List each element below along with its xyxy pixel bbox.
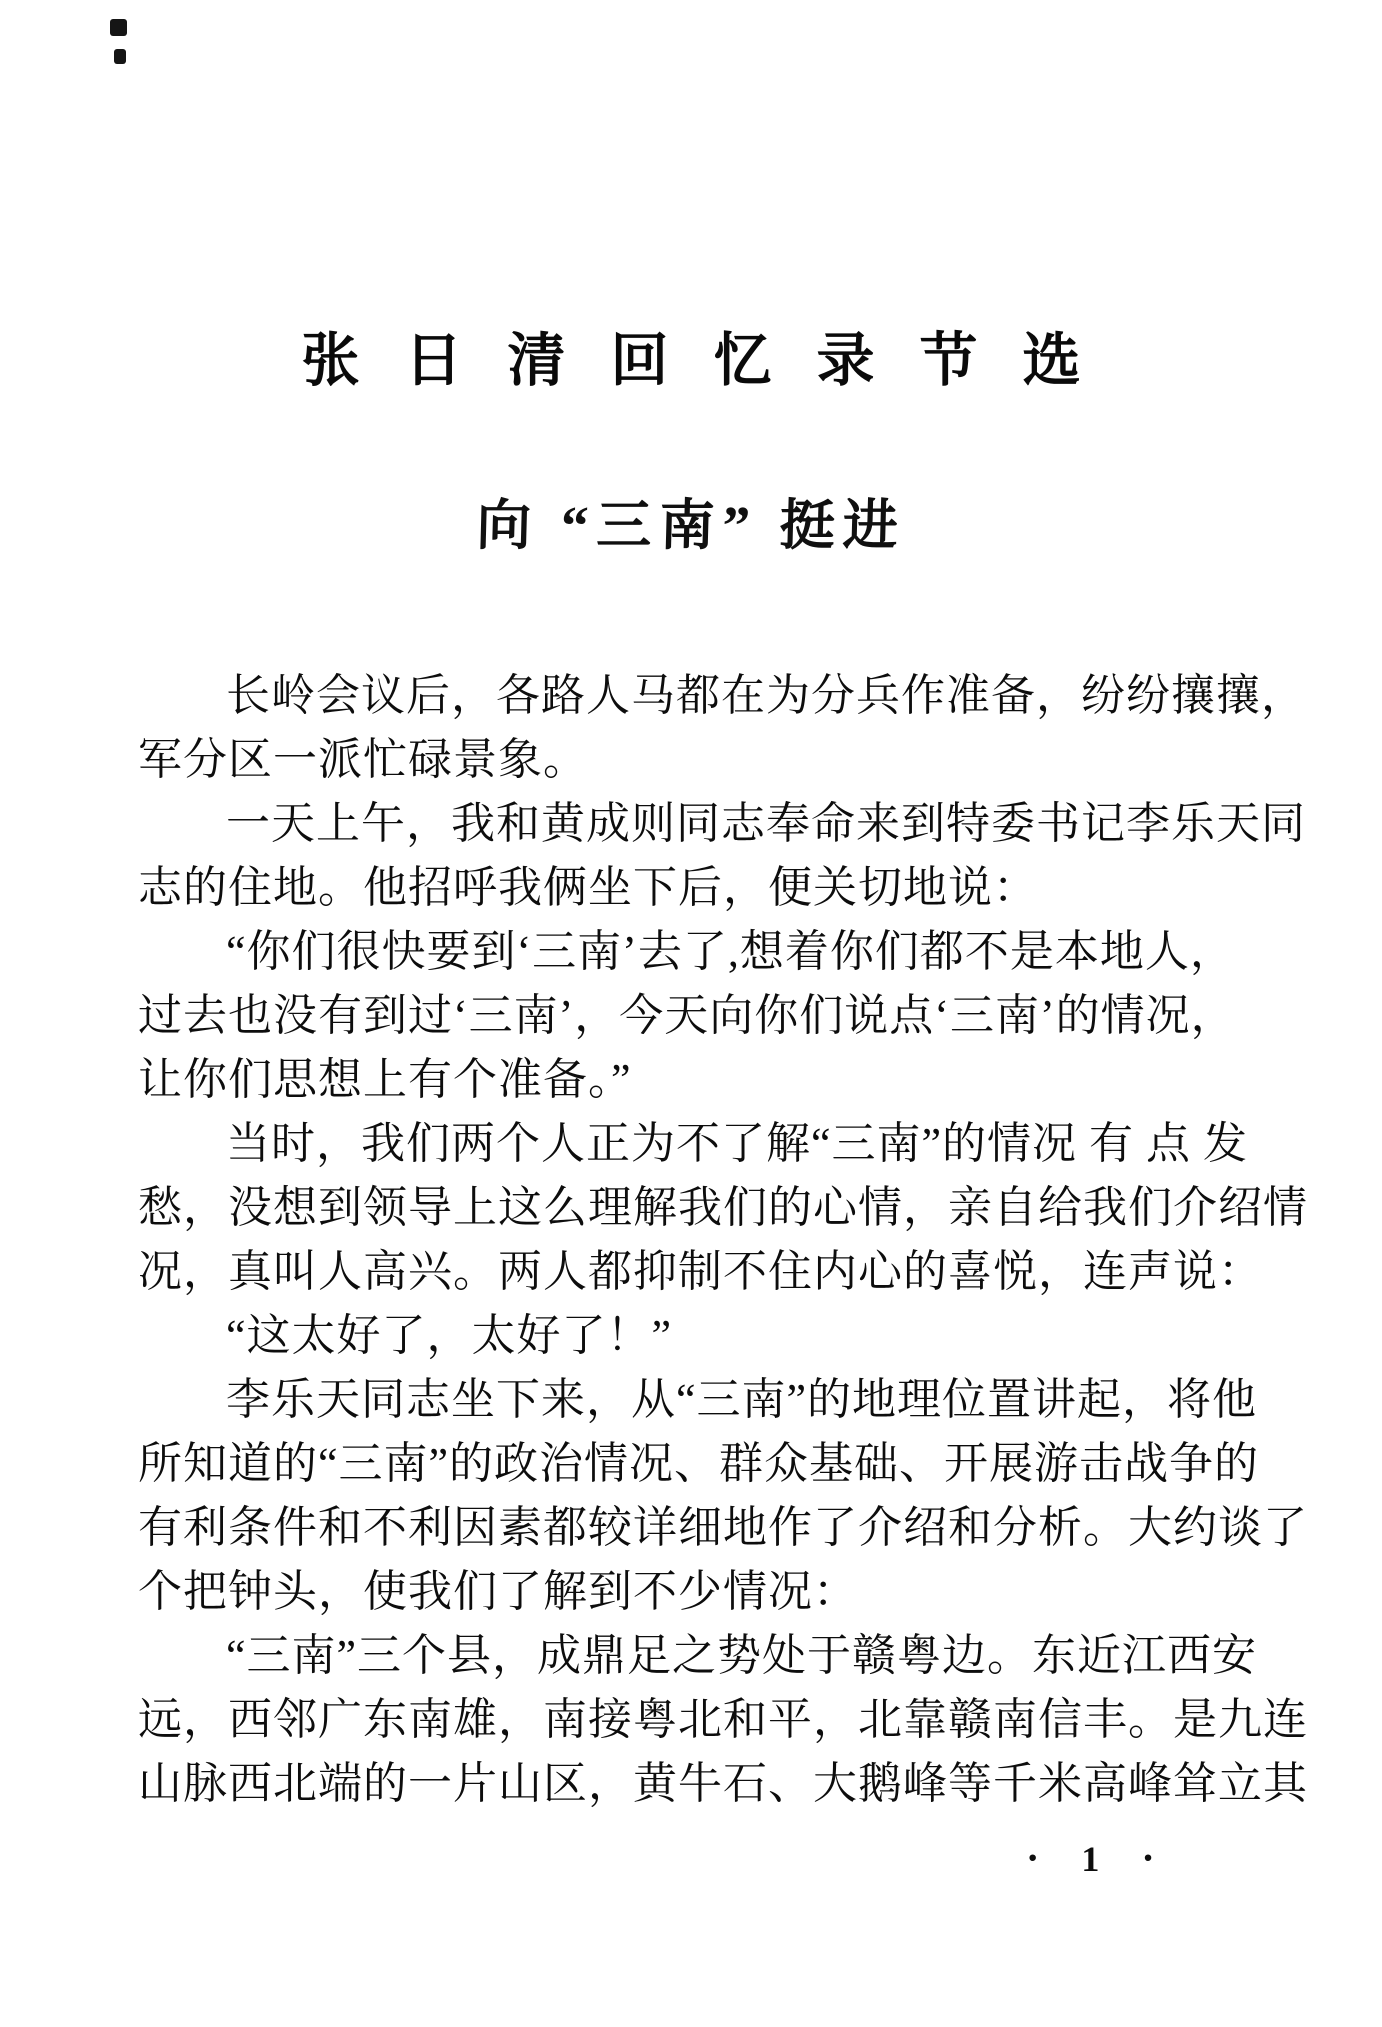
scanned-book-page: 张日清回忆录节选 向 “三南” 挺进 长岭会议后，各路人马都在为分兵作准备，纷纷…	[0, 0, 1382, 2027]
page-number-value: 1	[1081, 1839, 1099, 1879]
text-line: 有利条件和不利因素都较详细地作了介绍和分析。大约谈了	[138, 1496, 1298, 1560]
text-line: “三南”三个县，成鼎足之势处于赣粤边。东近江西安	[138, 1624, 1298, 1688]
text-line: 李乐天同志坐下来，从“三南”的地理位置讲起，将他	[138, 1368, 1298, 1432]
text-line: 况，真叫人高兴。两人都抑制不住内心的喜悦，连声说：	[138, 1240, 1298, 1304]
text-line: “你们很快要到‘三南’去了,想着你们都不是本地人，	[138, 920, 1298, 984]
text-line: 志的住地。他招呼我俩坐下后，便关切地说：	[138, 856, 1298, 920]
ink-speck	[110, 19, 127, 36]
text-line: 当时，我们两个人正为不了解“三南”的情况 有 点 发	[138, 1112, 1298, 1176]
text-line: 山脉西北端的一片山区，黄牛石、大鹅峰等千米高峰耸立其	[138, 1752, 1298, 1816]
text-line: “这太好了，太好了！”	[138, 1304, 1298, 1368]
page-number-dot-right: ·	[1141, 1835, 1154, 1880]
text-line: 个把钟头，使我们了解到不少情况：	[138, 1560, 1298, 1624]
text-line: 远，西邻广东南雄，南接粤北和平，北靠赣南信丰。是九连	[138, 1688, 1298, 1752]
body-text: 长岭会议后，各路人马都在为分兵作准备，纷纷攘攘， 军分区一派忙碌景象。 一天上午…	[138, 664, 1298, 1816]
text-line: 所知道的“三南”的政治情况、群众基础、开展游击战争的	[138, 1432, 1298, 1496]
text-line: 一天上午，我和黄成则同志奉命来到特委书记李乐天同	[138, 792, 1298, 856]
text-line: 愁，没想到领导上这么理解我们的心情，亲自给我们介绍情	[138, 1176, 1298, 1240]
text-line: 长岭会议后，各路人马都在为分兵作准备，纷纷攘攘，	[138, 664, 1298, 728]
text-line: 让你们思想上有个准备。”	[138, 1048, 1298, 1112]
section-title: 向 “三南” 挺进	[0, 490, 1382, 562]
text-line: 军分区一派忙碌景象。	[138, 728, 1298, 792]
page-title: 张日清回忆录节选	[0, 328, 1382, 394]
text-line: 过去也没有到过‘三南’，今天向你们说点‘三南’的情况，	[138, 984, 1298, 1048]
page-number: ·1·	[1026, 1834, 1155, 1881]
page-number-dot-left: ·	[1026, 1835, 1039, 1880]
ink-speck	[114, 49, 126, 64]
